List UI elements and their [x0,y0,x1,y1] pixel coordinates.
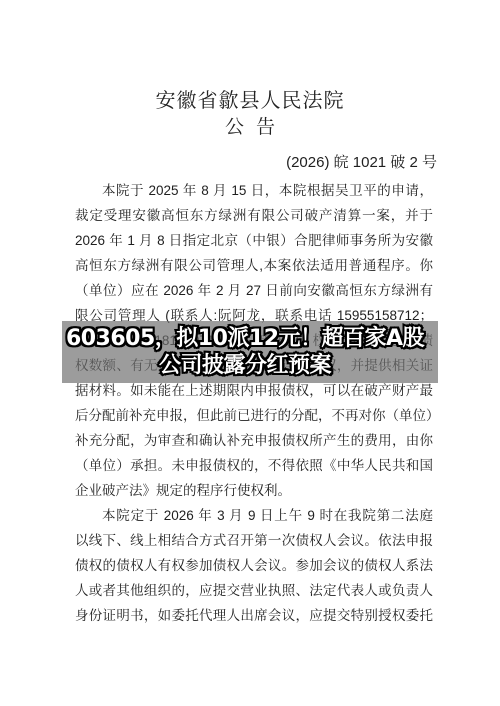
document-line: 以线下、线上相结合方式召开第一次债权人会议。依法申报 [75,528,433,553]
case-number: (2026) 皖 1021 破 2 号 [286,151,437,172]
document-page: { "page": { "background_color": "#ffffff… [0,0,500,706]
document-line: 本院定于 2026 年 3 月 9 日上午 9 时在我院第二法庭 [75,503,433,528]
document-line: （单位）承担。未申报债权的，不得依照《中华人民共和国 [75,453,433,478]
document-line: 债权的债权人有权参加债权人会议。参加会议的债权人系法 [75,553,433,578]
document-line: 补充分配，为审查和确认补充申报债权所产生的费用，由你 [75,428,433,453]
court-name: 安徽省歙县人民法院 [0,84,500,113]
document-line: 人或者其他组织的，应提交营业执照、法定代表人或负责人 [75,578,433,603]
headline-overlay-banner: 603605，拟10派12元！超百家A股 公司披露分红预案 [62,321,438,383]
document-line: 裁定受理安徽高恒东方绿洲有限公司破产清算一案，并于 [75,203,433,228]
document-line: 本院于 2025 年 8 月 15 日，本院根据吴卫平的申请， [75,178,433,203]
document-line: 2026 年 1 月 8 日指定北京（中银）合肥律师事务所为安徽 [75,228,433,253]
document-line: 后分配前补充申报，但此前已进行的分配，不再对你（单位） [75,403,433,428]
headline-line-2: 公司披露分红预案 [159,352,331,379]
document-line: 身份证明书，如委托代理人出席会议，应提交特别授权委托 [75,603,433,628]
document-line: 高恒东方绿洲有限公司管理人,本案依法适用普通程序。你 [75,253,433,278]
document-line: （单位）应在 2026 年 2 月 27 日前向安徽高恒东方绿洲有 [75,278,433,303]
document-body: 本院于 2025 年 8 月 15 日，本院根据吴卫平的申请，裁定受理安徽高恒东… [75,178,433,628]
document-title: 公 告 [0,112,500,139]
headline-line-1: 603605，拟10派12元！超百家A股 [66,325,424,352]
document-line: 企业破产法》规定的程序行使权利。 [75,478,433,503]
